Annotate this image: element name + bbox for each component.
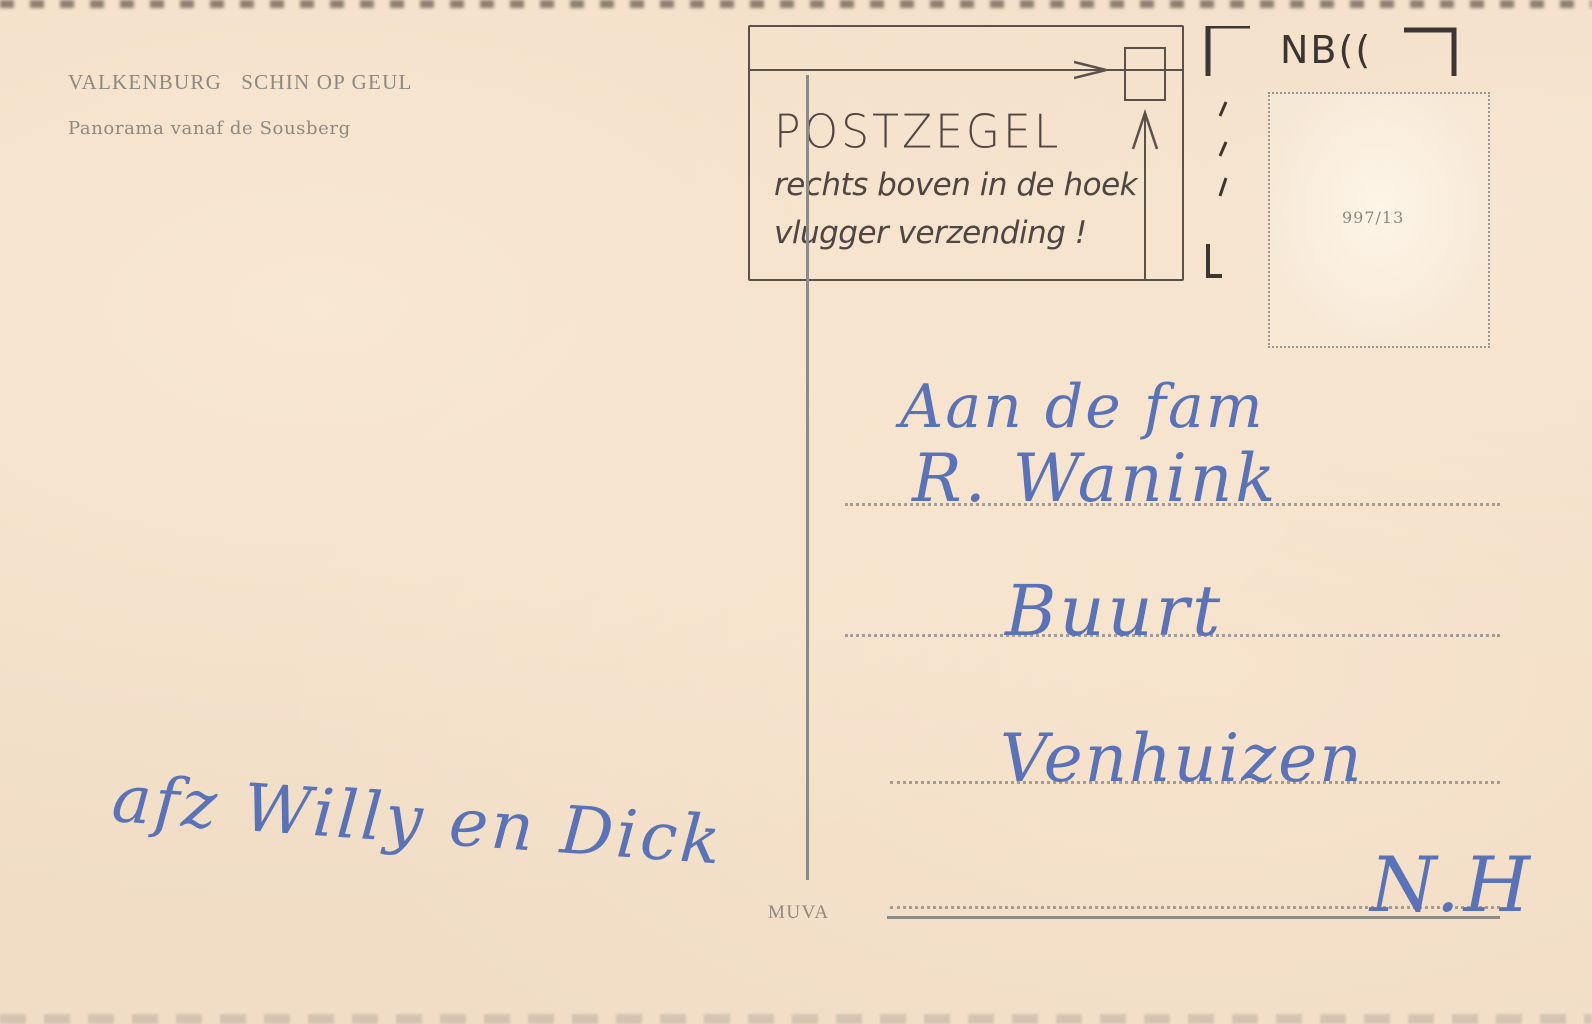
card-caption: Panorama vanaf de Sousberg: [68, 118, 351, 139]
address-street: Buurt: [1005, 570, 1223, 652]
arrow-right-icon: [1074, 60, 1108, 80]
stamp-placement-icon: [1124, 47, 1166, 101]
perforated-top-edge: [0, 0, 1592, 8]
stamp-area-code: 997/13: [1342, 208, 1404, 227]
slogan-line-2: rechts boven in de hoek: [774, 167, 1137, 203]
bottom-edge-shadow: [0, 1014, 1592, 1024]
address-name: R. Wanink: [912, 440, 1278, 517]
slogan-headline: POSTZEGEL: [774, 106, 1061, 160]
postmark-cancel-text: NB((: [1280, 28, 1372, 72]
center-divider-line: [806, 75, 809, 880]
publisher-mark: MUVA: [768, 902, 830, 924]
slogan-arrow-line: [750, 69, 1182, 71]
slogan-line-3: vlugger verzending !: [774, 215, 1087, 251]
postmark-slogan-box: POSTZEGEL rechts boven in de hoek vlugge…: [748, 25, 1184, 281]
address-town: Venhuizen: [1000, 720, 1364, 797]
postcard-back: VALKENBURG SCHIN OP GEUL Panorama vanaf …: [0, 0, 1592, 1024]
sender-note: afz Willy en Dick: [110, 760, 726, 880]
address-recipient-line: Aan de fam: [900, 372, 1265, 442]
card-location-title: VALKENBURG SCHIN OP GEUL: [68, 70, 412, 95]
address-province: N.H: [1370, 840, 1534, 929]
